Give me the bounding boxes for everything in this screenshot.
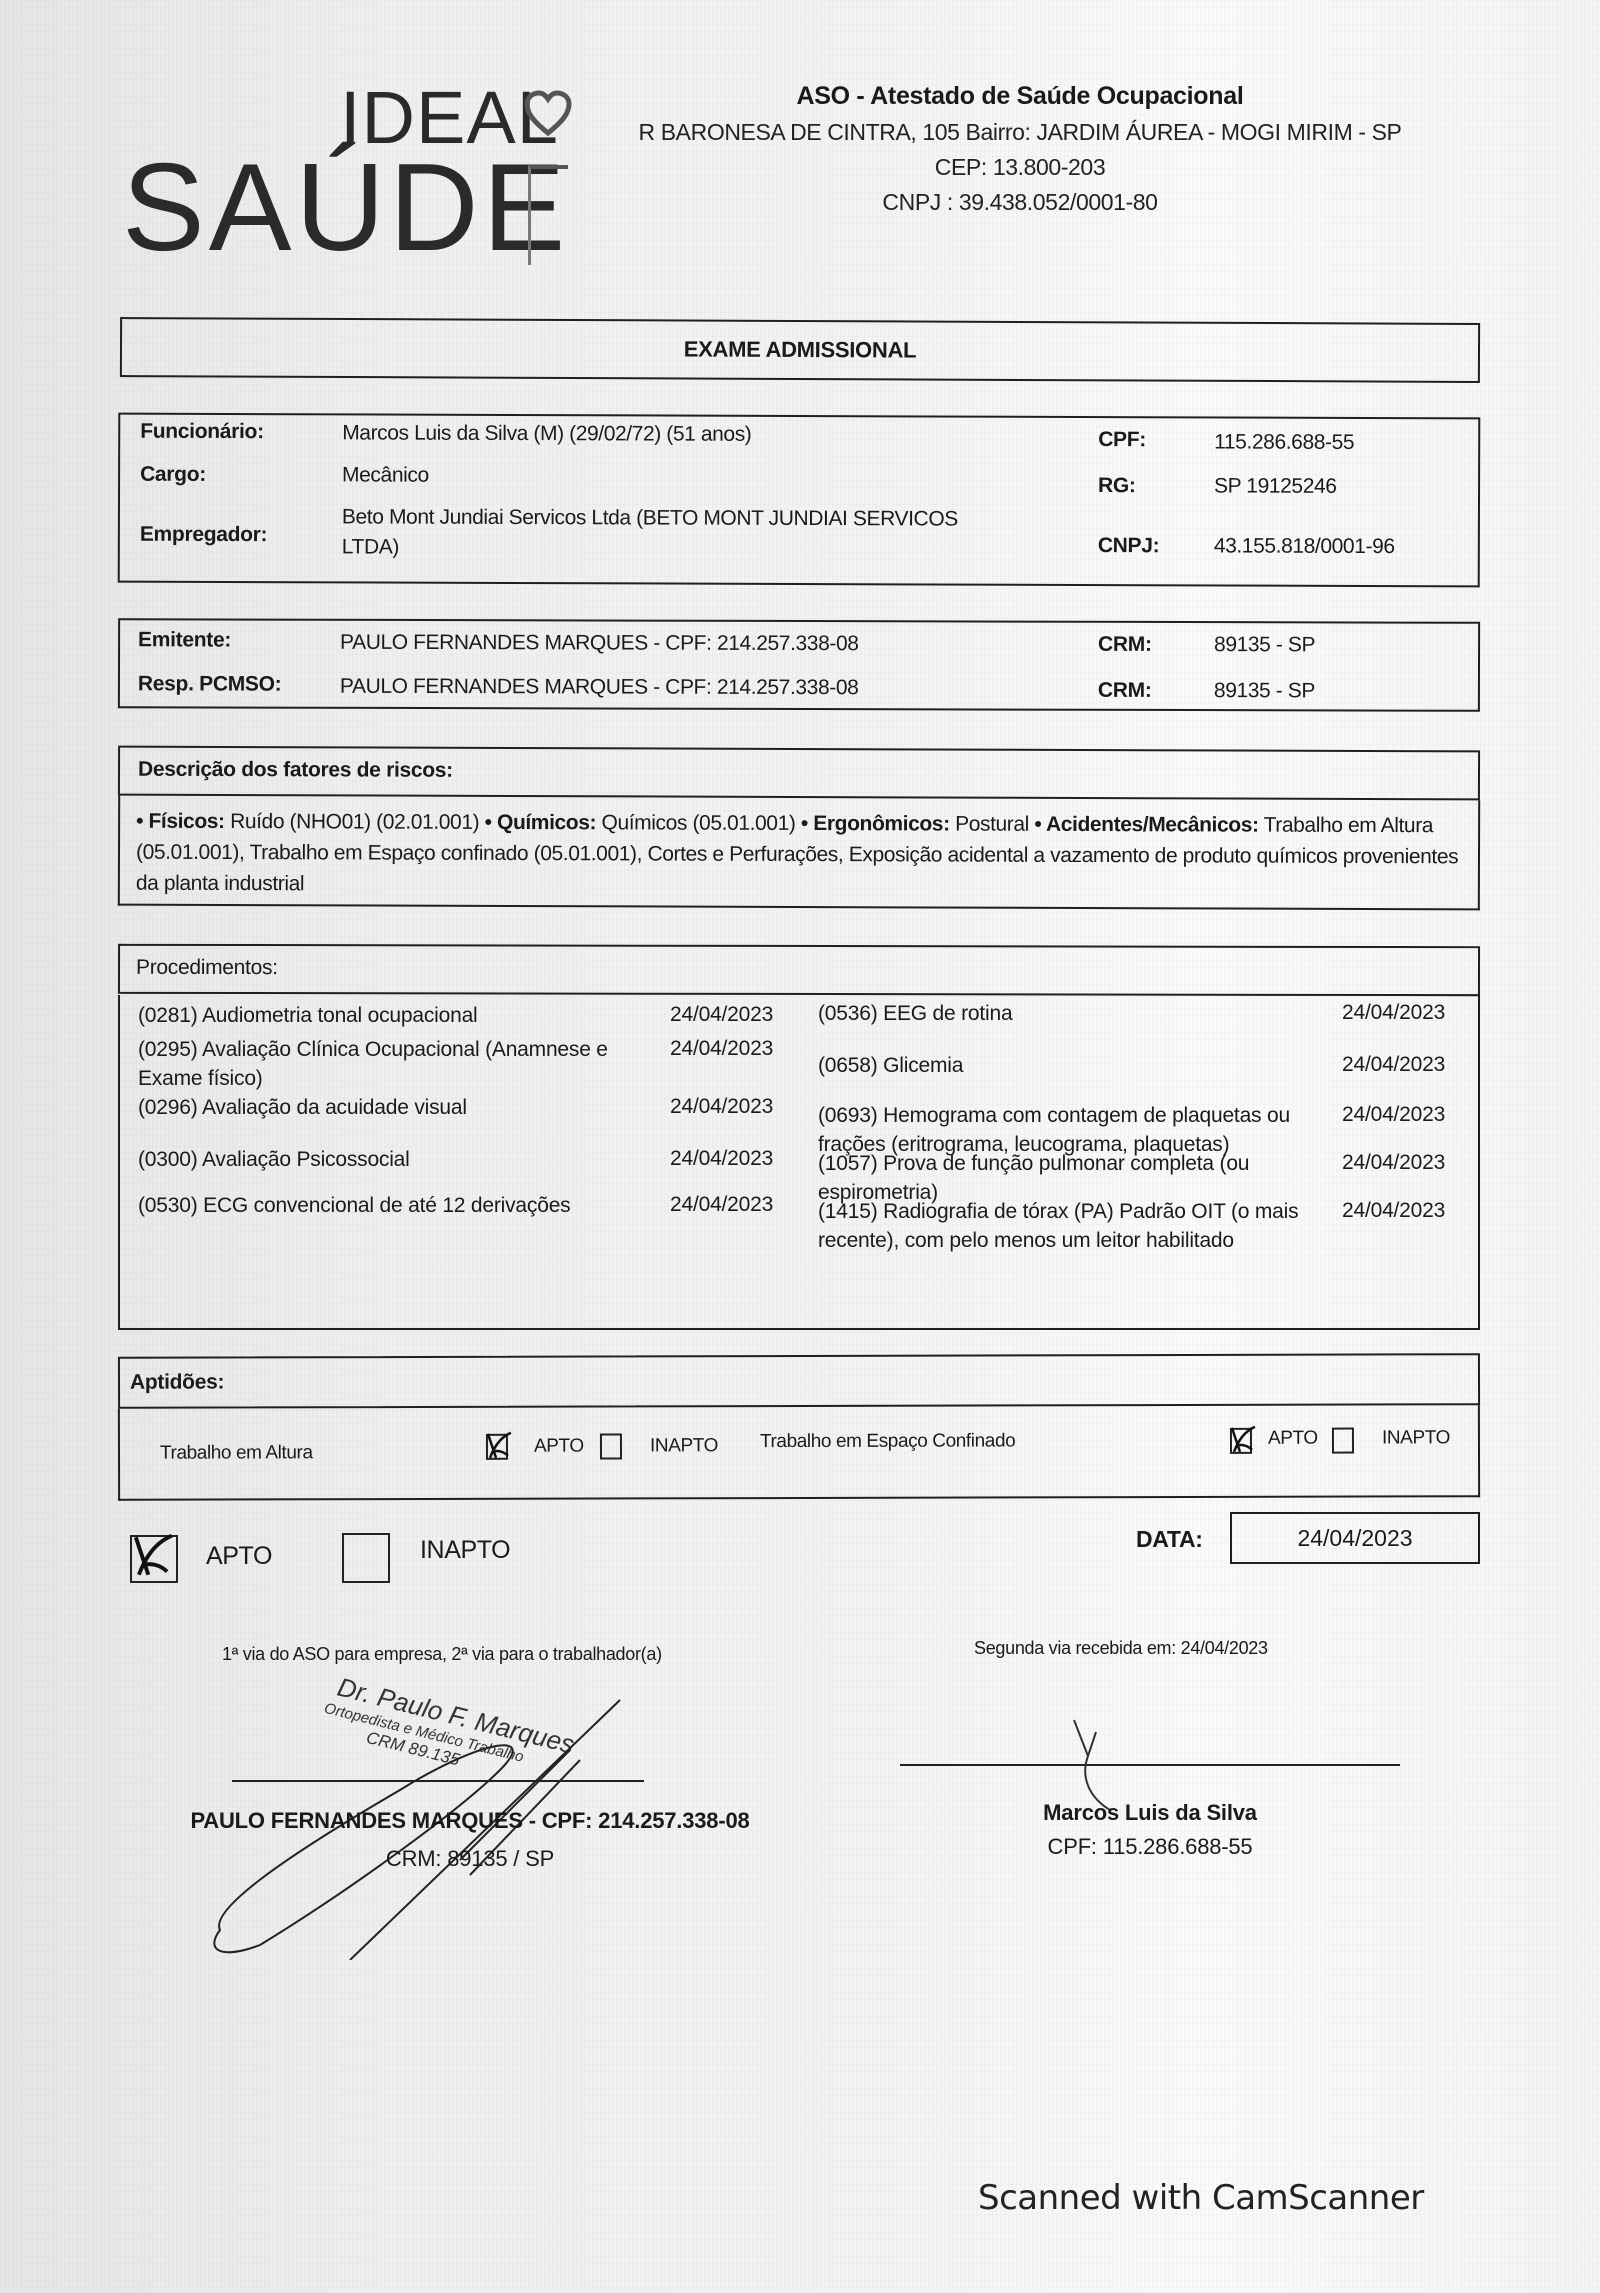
procedure-date: 24/04/2023	[1342, 1199, 1445, 1223]
procedure-name: (0296) Avaliação da acuidade visual	[138, 1093, 668, 1122]
empregador-value-line2: LTDA)	[342, 535, 399, 559]
result-apto-label: APTO	[206, 1542, 272, 1571]
rg-label: RG:	[1098, 474, 1136, 498]
procedure-date: 24/04/2023	[1342, 1103, 1445, 1127]
exam-type-label: EXAME ADMISSIONAL	[684, 336, 917, 363]
emitente-crm-label: CRM:	[1098, 633, 1152, 657]
procedure-name: (0530) ECG convencional de até 12 deriva…	[138, 1191, 668, 1220]
employee-info-box: Funcionário: Marcos Luis da Silva (M) (2…	[118, 413, 1481, 588]
emitente-value: PAULO FERNANDES MARQUES - CPF: 214.257.3…	[340, 631, 859, 656]
document-title: ASO - Atestado de Saúde Ocupacional	[620, 82, 1420, 111]
cargo-label: Cargo:	[140, 463, 206, 487]
cpf-label: CPF:	[1098, 428, 1146, 452]
risk-detail: Postural	[950, 813, 1029, 836]
procedure-name: (0300) Avaliação Psicossocial	[138, 1145, 668, 1174]
confinado-apto-label: APTO	[1268, 1428, 1318, 1450]
worker-cpf: CPF: 115.286.688-55	[1000, 1834, 1300, 1860]
risks-description: • Físicos: Ruído (NHO01) (02.01.001) • Q…	[136, 806, 1466, 904]
altura-inapto-label: INAPTO	[650, 1435, 718, 1457]
result-inapto-checkbox[interactable]	[342, 1533, 390, 1583]
aptitude-label-espaco-confinado: Trabalho em Espaço Confinado	[760, 1430, 1015, 1453]
procedure-name: (1415) Radiografia de tórax (PA) Padrão …	[818, 1197, 1338, 1255]
procedure-date: 24/04/2023	[670, 1147, 773, 1171]
risk-category: • Acidentes/Mecânicos:	[1029, 813, 1259, 837]
empregador-label: Empregador:	[140, 523, 267, 547]
logo-text-saude: SAÚDE	[122, 137, 569, 279]
date-label: DATA:	[1136, 1526, 1203, 1553]
empregador-value-line1: Beto Mont Jundiai Servicos Ltda (BETO MO…	[342, 505, 958, 531]
aptitudes-header-box: Aptidões:	[118, 1353, 1480, 1409]
checkmark-icon	[484, 1430, 514, 1462]
pcmso-label: Resp. PCMSO:	[138, 672, 281, 696]
cnpj-value: 43.155.818/0001-96	[1214, 534, 1395, 559]
aptitudes-heading: Aptidões:	[130, 1371, 224, 1395]
pcmso-crm-value: 89135 - SP	[1214, 679, 1315, 703]
date-field: 24/04/2023	[1230, 1512, 1480, 1564]
cargo-value: Mecânico	[342, 463, 429, 487]
worker-name: Marcos Luis da Silva	[1000, 1800, 1300, 1826]
procedure-date: 24/04/2023	[670, 1095, 773, 1119]
cnpj-label: CNPJ:	[1098, 534, 1160, 558]
aptitude-label-altura: Trabalho em Altura	[160, 1442, 313, 1464]
risks-body-box: • Físicos: Ruído (NHO01) (02.01.001) • Q…	[118, 796, 1480, 911]
company-cnpj: CNPJ : 39.438.052/0001-80	[620, 189, 1420, 216]
risk-detail: Ruído (NHO01) (02.01.001)	[225, 810, 480, 834]
altura-apto-label: APTO	[534, 1436, 584, 1458]
logo-bracket-decoration	[528, 165, 568, 265]
heart-icon	[523, 89, 573, 139]
procedure-date: 24/04/2023	[1342, 1001, 1445, 1025]
funcionario-label: Funcionário:	[140, 420, 264, 444]
aptitudes-body-box: Trabalho em Altura APTO INAPTO Trabalho …	[118, 1405, 1480, 1501]
procedure-date: 24/04/2023	[1342, 1053, 1445, 1077]
received-note: Segunda via recebida em: 24/04/2023	[974, 1638, 1268, 1659]
pcmso-crm-label: CRM:	[1098, 679, 1152, 703]
risk-category: • Físicos:	[136, 810, 225, 833]
company-address: R BARONESA DE CINTRA, 105 Bairro: JARDIM…	[620, 119, 1420, 146]
procedure-date: 24/04/2023	[1342, 1151, 1445, 1175]
aso-document-page: IDEAL SAÚDE ASO - Atestado de Saúde Ocup…	[0, 0, 1600, 2293]
procedures-heading: Procedimentos:	[136, 956, 278, 980]
altura-inapto-checkbox[interactable]	[600, 1433, 622, 1459]
checkmark-icon	[1228, 1424, 1258, 1456]
pcmso-value: PAULO FERNANDES MARQUES - CPF: 214.257.3…	[340, 675, 859, 700]
doctor-crm-line: CRM: 89135 / SP	[150, 1846, 790, 1872]
procedure-date: 24/04/2023	[670, 1003, 773, 1027]
cpf-value: 115.286.688-55	[1214, 430, 1354, 454]
procedure-name: (0295) Avaliação Clínica Ocupacional (An…	[138, 1035, 668, 1093]
doctor-name-line: PAULO FERNANDES MARQUES - CPF: 214.257.3…	[150, 1808, 790, 1834]
result-inapto-label: INAPTO	[420, 1536, 510, 1565]
date-value: 24/04/2023	[1297, 1525, 1412, 1552]
procedure-name: (0281) Audiometria tonal ocupacional	[138, 1001, 668, 1030]
confinado-inapto-label: INAPTO	[1382, 1427, 1450, 1449]
procedure-date: 24/04/2023	[670, 1037, 773, 1061]
worker-signature-line	[900, 1764, 1400, 1766]
procedures-body-box: (0281) Audiometria tonal ocupacional24/0…	[118, 995, 1480, 1330]
exam-type-box: EXAME ADMISSIONAL	[120, 317, 1480, 383]
procedure-name: (0536) EEG de rotina	[818, 999, 1338, 1028]
procedure-date: 24/04/2023	[670, 1193, 773, 1217]
ideal-saude-logo: IDEAL SAÚDE	[118, 75, 598, 265]
emitente-crm-value: 89135 - SP	[1214, 633, 1315, 657]
company-header: ASO - Atestado de Saúde Ocupacional R BA…	[620, 82, 1420, 216]
company-cep: CEP: 13.800-203	[620, 154, 1420, 181]
rg-value: SP 19125246	[1214, 474, 1337, 498]
confinado-inapto-checkbox[interactable]	[1332, 1428, 1354, 1454]
risk-category: • Químicos:	[479, 811, 596, 834]
risk-category: • Ergonômicos:	[795, 812, 949, 836]
risks-header-box: Descrição dos fatores de riscos:	[118, 746, 1480, 801]
procedures-header-box: Procedimentos:	[118, 944, 1480, 996]
risk-detail: Químicos (05.01.001)	[596, 811, 795, 835]
confinado-apto-checkbox[interactable]	[1230, 1428, 1252, 1454]
emitente-label: Emitente:	[138, 628, 231, 652]
result-apto-checkbox[interactable]	[130, 1535, 178, 1583]
altura-apto-checkbox[interactable]	[486, 1434, 508, 1460]
risks-heading: Descrição dos fatores de riscos:	[138, 758, 453, 783]
procedure-name: (0658) Glicemia	[818, 1051, 1338, 1080]
checkmark-icon	[128, 1531, 178, 1581]
camscanner-watermark: Scanned with CamScanner	[978, 2178, 1424, 2218]
issuer-box: Emitente: PAULO FERNANDES MARQUES - CPF:…	[118, 618, 1480, 712]
funcionario-value: Marcos Luis da Silva (M) (29/02/72) (51 …	[342, 421, 751, 446]
